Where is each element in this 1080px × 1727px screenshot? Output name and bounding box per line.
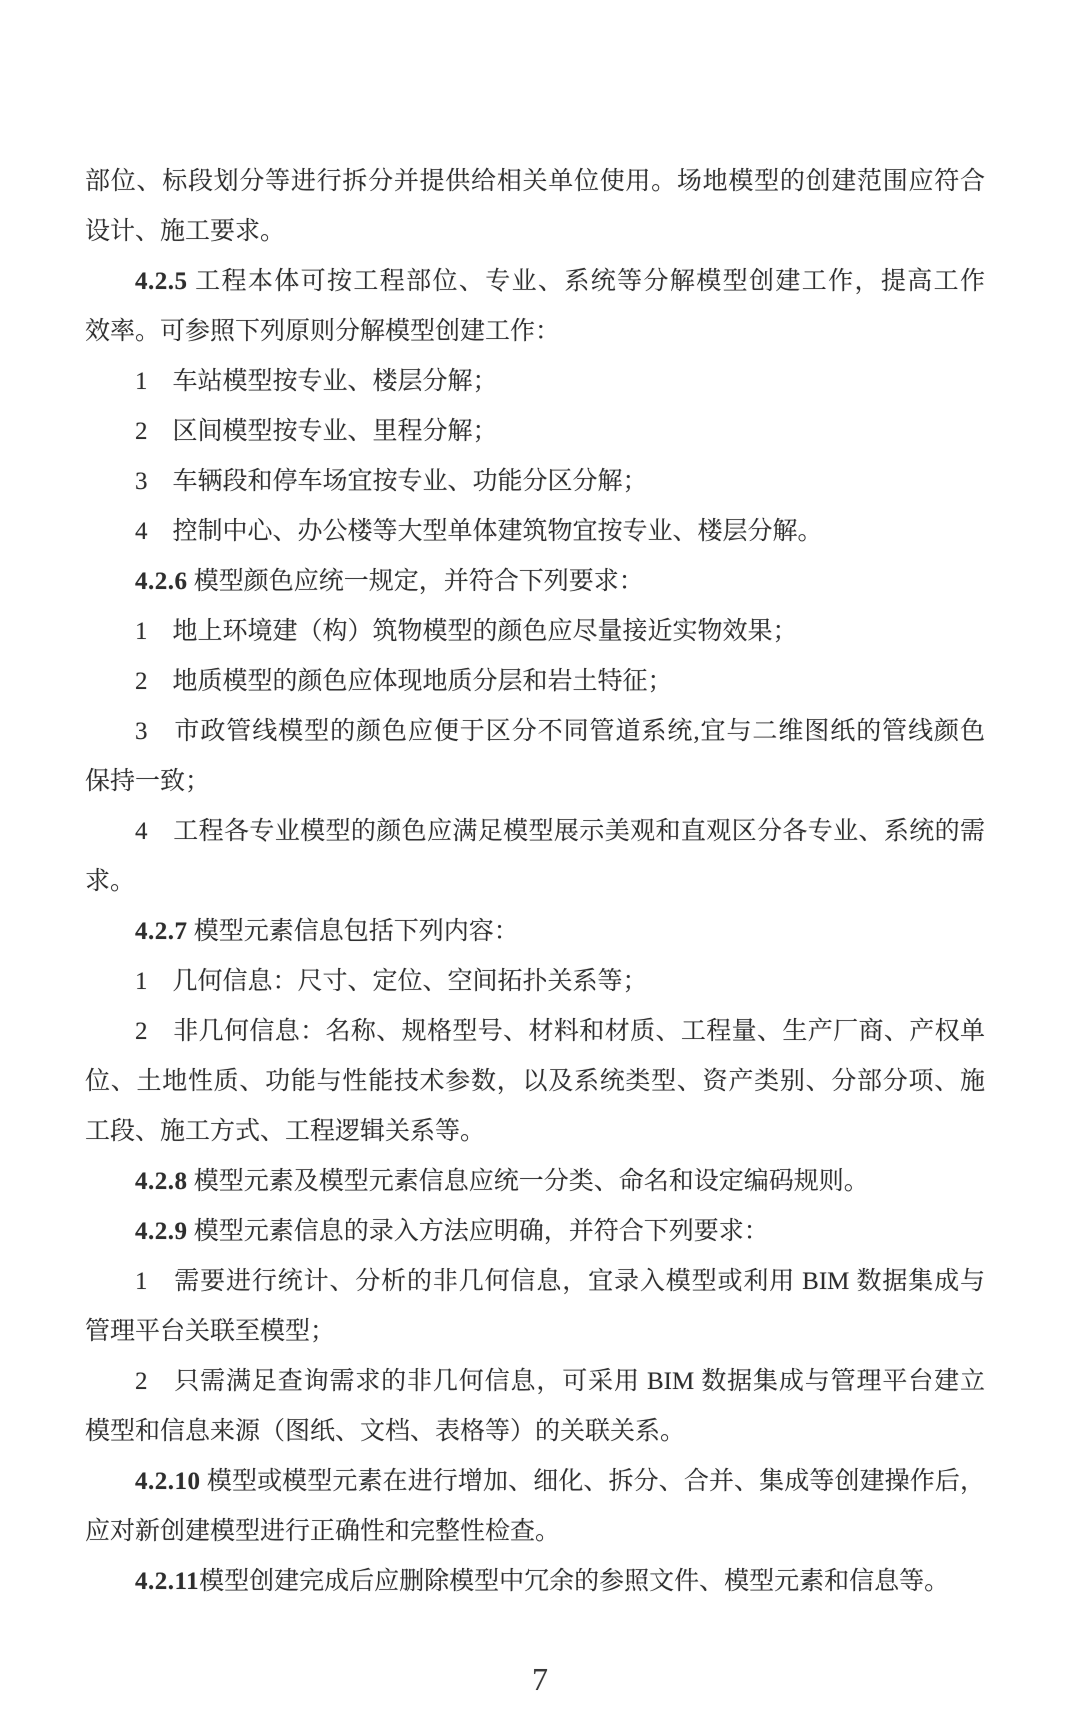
text-line: 1 地上环境建（构）筑物模型的颜色应尽量接近实物效果； bbox=[85, 607, 985, 657]
text-line: 位、土地性质、功能与性能技术参数，以及系统类型、资产类别、分部分项、施 bbox=[85, 1057, 985, 1107]
text-line: 4 工程各专业模型的颜色应满足模型展示美观和直观区分各专业、系统的需 bbox=[85, 807, 985, 857]
clause-number: 4.2.5 bbox=[135, 268, 188, 295]
text-line: 求。 bbox=[85, 857, 985, 907]
text-line: 2 区间模型按专业、里程分解； bbox=[85, 407, 985, 457]
text-line: 工段、施工方式、工程逻辑关系等。 bbox=[85, 1107, 985, 1157]
text-line: 4 控制中心、办公楼等大型单体建筑物宜按专业、楼层分解。 bbox=[85, 507, 985, 557]
text-line: 4.2.10 模型或模型元素在进行增加、细化、拆分、合并、集成等创建操作后， bbox=[85, 1457, 985, 1507]
clause-number: 4.2.6 bbox=[135, 568, 188, 595]
text-line: 4.2.9 模型元素信息的录入方法应明确，并符合下列要求： bbox=[85, 1207, 985, 1257]
text-line: 模型和信息来源（图纸、文档、表格等）的关联关系。 bbox=[85, 1407, 985, 1457]
clause-number: 4.2.9 bbox=[135, 1218, 188, 1245]
text-line: 设计、施工要求。 bbox=[85, 207, 985, 257]
page-number: 7 bbox=[0, 1654, 1080, 1704]
text-line: 1 车站模型按专业、楼层分解； bbox=[85, 357, 985, 407]
text-line: 2 非几何信息：名称、规格型号、材料和材质、工程量、生产厂商、产权单 bbox=[85, 1007, 985, 1057]
text-line: 3 车辆段和停车场宜按专业、功能分区分解； bbox=[85, 457, 985, 507]
clause-number: 4.2.10 bbox=[135, 1468, 201, 1495]
text-line: 3 市政管线模型的颜色应便于区分不同管道系统,宜与二维图纸的管线颜色 bbox=[85, 707, 985, 757]
text-line: 保持一致； bbox=[85, 757, 985, 807]
text-line: 4.2.7 模型元素信息包括下列内容： bbox=[85, 907, 985, 957]
text-line: 2 只需满足查询需求的非几何信息，可采用 BIM 数据集成与管理平台建立 bbox=[85, 1357, 985, 1407]
text-line: 4.2.8 模型元素及模型元素信息应统一分类、命名和设定编码规则。 bbox=[85, 1157, 985, 1207]
clause-number: 4.2.11 bbox=[135, 1568, 199, 1595]
clause-number: 4.2.7 bbox=[135, 918, 188, 945]
text-line: 4.2.5 工程本体可按工程部位、专业、系统等分解模型创建工作，提高工作 bbox=[85, 257, 985, 307]
text-line: 部位、标段划分等进行拆分并提供给相关单位使用。场地模型的创建范围应符合 bbox=[85, 157, 985, 207]
text-line: 4.2.11模型创建完成后应删除模型中冗余的参照文件、模型元素和信息等。 bbox=[85, 1557, 985, 1607]
clause-number: 4.2.8 bbox=[135, 1168, 188, 1195]
document-page: 部位、标段划分等进行拆分并提供给相关单位使用。场地模型的创建范围应符合设计、施工… bbox=[0, 0, 1080, 1727]
text-line: 4.2.6 模型颜色应统一规定，并符合下列要求： bbox=[85, 557, 985, 607]
text-line: 2 地质模型的颜色应体现地质分层和岩土特征； bbox=[85, 657, 985, 707]
text-body: 部位、标段划分等进行拆分并提供给相关单位使用。场地模型的创建范围应符合设计、施工… bbox=[85, 157, 985, 1607]
text-line: 1 几何信息：尺寸、定位、空间拓扑关系等； bbox=[85, 957, 985, 1007]
text-line: 应对新创建模型进行正确性和完整性检查。 bbox=[85, 1507, 985, 1557]
text-line: 管理平台关联至模型； bbox=[85, 1307, 985, 1357]
text-line: 1 需要进行统计、分析的非几何信息，宜录入模型或利用 BIM 数据集成与 bbox=[85, 1257, 985, 1307]
text-line: 效率。可参照下列原则分解模型创建工作： bbox=[85, 307, 985, 357]
